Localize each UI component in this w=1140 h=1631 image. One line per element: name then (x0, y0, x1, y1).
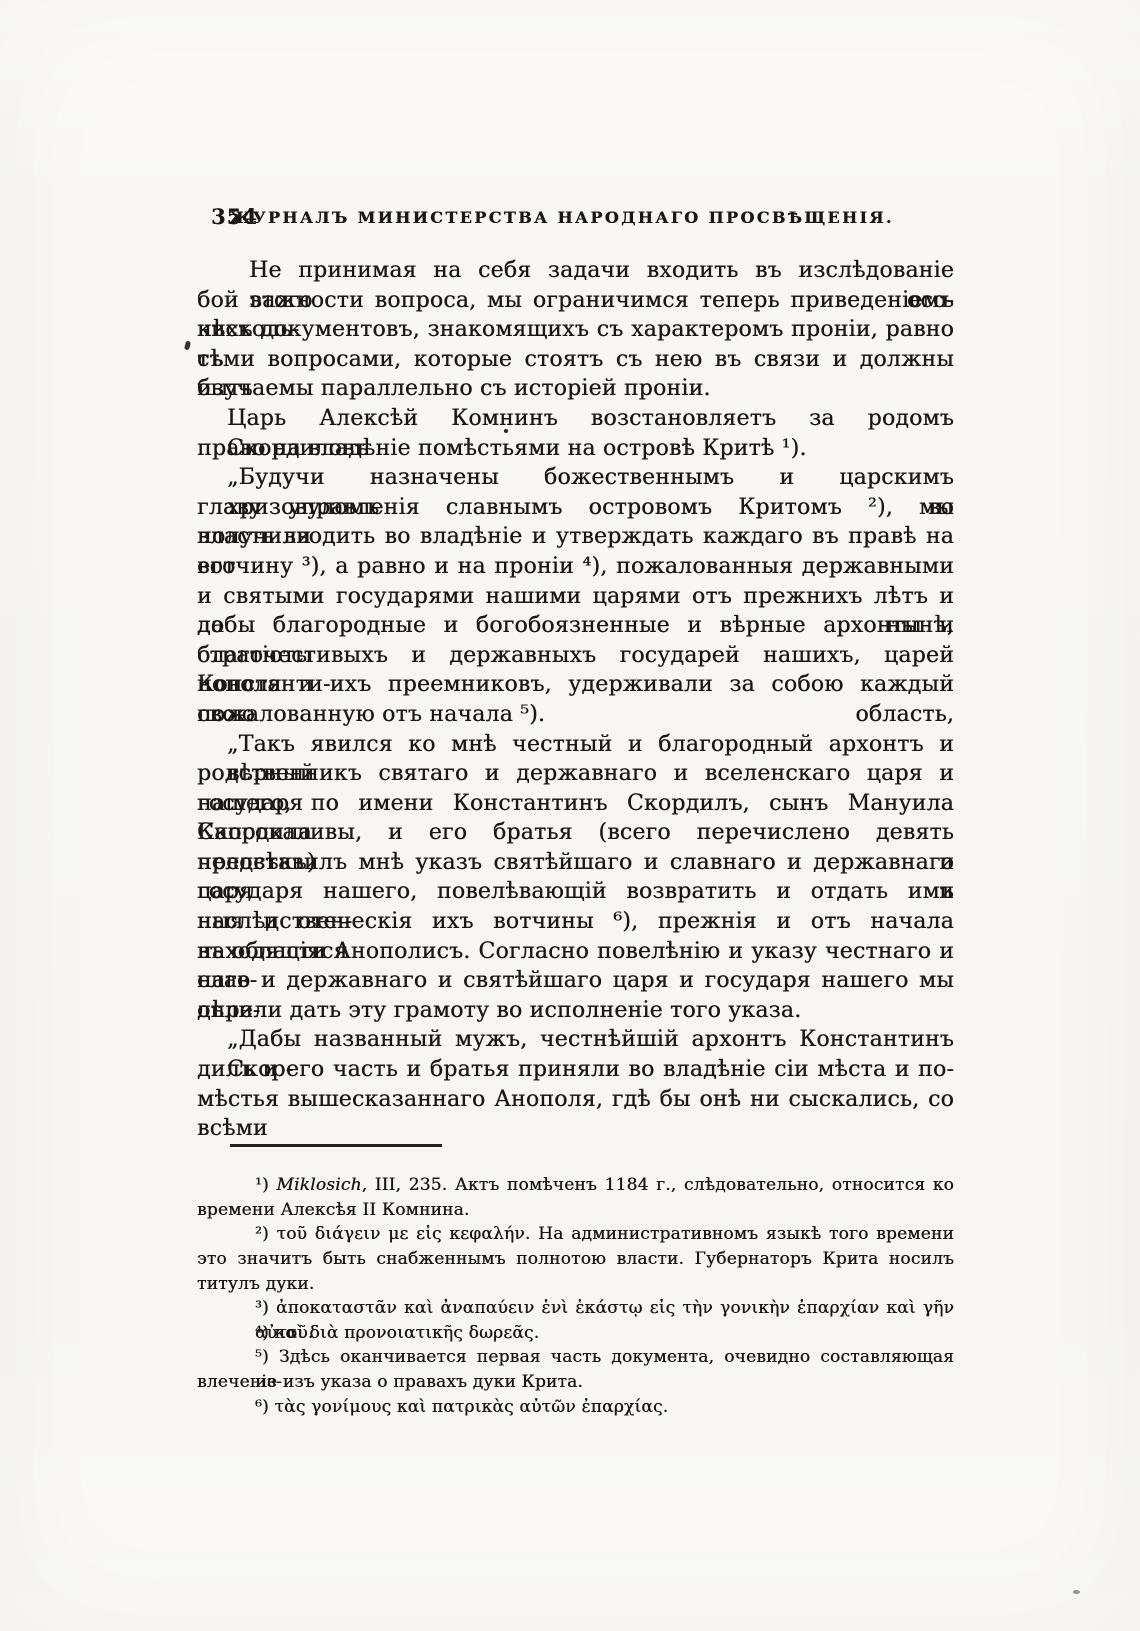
text-line: главу управленія славнымъ островомъ Крит… (197, 493, 954, 523)
text-line: это значитъ быть снабженнымъ полнотою вл… (197, 1247, 954, 1272)
text-line: титулъ дуки. (197, 1272, 954, 1297)
page-number: 354 (211, 204, 258, 229)
body-paragraph: Не принимая на себя задачи входить въ из… (197, 256, 954, 404)
body-text: Не принимая на себя задачи входить въ из… (197, 256, 954, 1114)
text-line: „Дабы названный мужъ, честнѣйшій архонтъ… (197, 1025, 954, 1055)
text-line: времени Алексѣя II Комнина. (197, 1198, 954, 1223)
text-block: 354 ЖУРНАЛЪ МИНИСТЕРСТВА НАРОДНАГО ПРОСВ… (197, 204, 954, 1419)
footnotes-section: ¹) Miklosich, III, 235. Актъ помѣченъ 11… (197, 1173, 954, 1419)
scan-artifact (184, 341, 191, 351)
text-line: родственникъ святаго и державнаго и всел… (197, 759, 954, 789)
body-paragraph: Царь Алексѣй Комнинъ возстановляетъ за р… (197, 404, 954, 463)
text-line: Царь Алексѣй Комнинъ возстановляетъ за р… (197, 404, 954, 434)
text-line: изучаемы параллельно съ исторіей проніи. (197, 374, 954, 404)
text-line: дилъ и его часть и братья приняли во вла… (197, 1055, 954, 1085)
text-line: представилъ мнѣ указъ святѣйшаго и славн… (197, 848, 954, 878)
text-line: право на владѣніе помѣстьями на островѣ … (197, 434, 954, 464)
scanned-page: 354 ЖУРНАЛЪ МИНИСТЕРСТВА НАРОДНАГО ПРОСВ… (0, 0, 1140, 1631)
text-line: благочестивыхъ и державныхъ государей на… (197, 641, 954, 671)
footnote-separator-rule (230, 1144, 442, 1147)
text-line: дѣлили дать эту грамоту во исполненіе то… (197, 996, 954, 1026)
footnote-item: ⁴) καὶ διὰ προνοιατικῆς δωρεᾶς. (197, 1321, 954, 1346)
text-line: въ области Анополисъ. Согласно повелѣнію… (197, 937, 954, 967)
text-line: государя нашего, повелѣвающій возвратить… (197, 877, 954, 907)
text-line: ²) τοῦ διάγειν με εἰς κεφαλήν. На админи… (197, 1222, 954, 1247)
scan-artifact (504, 429, 508, 433)
text-line: вотчину ³), а равно и на проніи ⁴), пожа… (197, 552, 954, 582)
page-header: 354 ЖУРНАЛЪ МИНИСТЕРСТВА НАРОДНАГО ПРОСВ… (197, 204, 954, 234)
text-line: ныя и отеческія ихъ вотчины ⁶), прежнія … (197, 907, 954, 937)
text-line: „Будучи назначены божественнымъ и царски… (197, 463, 954, 493)
footnote-item: ⁵) Здѣсь оканчивается первая часть докум… (197, 1345, 954, 1394)
text-line: тѣми вопросами, которые стоятъ съ нею въ… (197, 345, 954, 375)
text-line: нополя и ихъ преемниковъ, удерживали за … (197, 670, 954, 700)
scan-artifact (1073, 1590, 1080, 1594)
text-line: мѣстья вышесказаннаго Анополя, гдѣ бы он… (197, 1085, 954, 1115)
footnote-item: ⁶) τὰς γονίμους καὶ πατρικὰς αὐτῶν ἐπαρχ… (197, 1395, 954, 1420)
text-line: и святыми государями нашими царями отъ п… (197, 582, 954, 612)
body-paragraph: „Дабы названный мужъ, честнѣйшій архонтъ… (197, 1025, 954, 1114)
footnote-item: ²) τοῦ διάγειν με εἰς κεφαλήν. На админи… (197, 1222, 954, 1296)
text-line: наго и державнаго и святѣйшаго царя и го… (197, 966, 954, 996)
text-line: влеченіе изъ указа о правахъ дуки Крита. (197, 1370, 954, 1395)
text-line: ⁵) Здѣсь оканчивается первая часть докум… (197, 1345, 954, 1370)
text-line: ³) ἀποκαταστᾶν καὶ ἀναπαύειν ἑνὶ ἑκάστῳ … (197, 1296, 954, 1321)
text-line: кихъ документовъ, знакомящихъ съ характе… (197, 315, 954, 345)
text-line: дабы благородные и богобоязненные и вѣрн… (197, 611, 954, 641)
footnote-item: ³) ἀποκαταστᾶν καὶ ἀναπαύειν ἑνὶ ἑκάστῳ … (197, 1296, 954, 1321)
text-line: „Такъ явился ко мнѣ честный и благородны… (197, 730, 954, 760)
running-title: ЖУРНАЛЪ МИНИСТЕРСТВА НАРОДНАГО ПРОСВѢЩЕН… (197, 204, 926, 227)
text-line: Капсокаливы, и его братья (всего перечис… (197, 818, 954, 848)
footnote-item: ¹) Miklosich, III, 235. Актъ помѣченъ 11… (197, 1173, 954, 1222)
text-line: Не принимая на себя задачи входить въ из… (197, 256, 954, 286)
text-line: власть вводить во владѣніе и утверждать … (197, 522, 954, 552)
body-paragraph: „Такъ явился ко мнѣ честный и благородны… (197, 730, 954, 1026)
text-line: ⁶) τὰς γονίμους καὶ πατρικὰς αὐτῶν ἐπαρχ… (197, 1395, 954, 1420)
text-line: ⁴) καὶ διὰ προνοιατικῆς δωρεᾶς. (197, 1321, 954, 1346)
body-paragraph: „Будучи назначены божественнымъ и царски… (197, 463, 954, 729)
text-line: ¹) Miklosich, III, 235. Актъ помѣченъ 11… (197, 1173, 954, 1198)
text-line: нашего, по имени Константинъ Скордилъ, с… (197, 789, 954, 819)
text-line: бой важности вопроса, мы ограничимся теп… (197, 286, 954, 316)
